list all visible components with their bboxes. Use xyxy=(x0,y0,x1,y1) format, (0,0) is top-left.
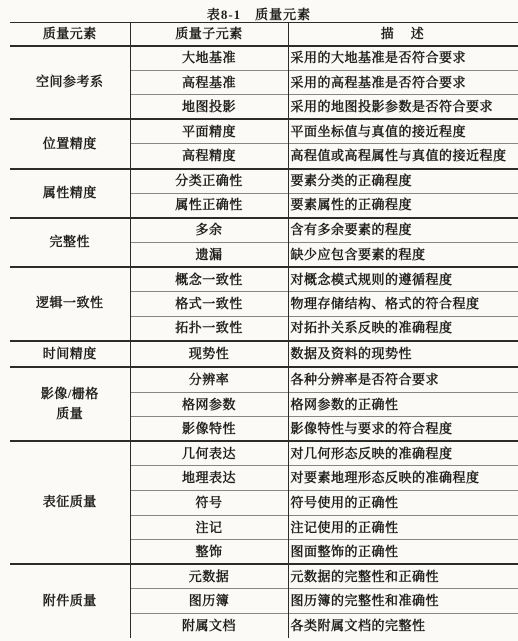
table-row: 属性精度分类正确性要素分类的正确程度 xyxy=(10,169,518,194)
description-cell: 要素分类的正确程度 xyxy=(288,169,518,194)
description-cell: 符号使用的正确性 xyxy=(288,490,518,515)
quality-element-cell: 逻辑一致性 xyxy=(10,267,130,341)
quality-element-cell: 空间参考系 xyxy=(10,46,130,120)
quality-element-cell: 附件质量 xyxy=(10,564,130,638)
sub-element-cell: 注记 xyxy=(130,515,288,540)
table-row: 表征质量几何表达对几何形态反映的准确程度 xyxy=(10,441,518,466)
table-row: 时间精度现势性数据及资料的现势性 xyxy=(10,341,518,368)
description-cell: 平面坐标值与真值的接近程度 xyxy=(288,119,518,144)
sub-element-cell: 整饰 xyxy=(130,540,288,565)
description-cell: 对拓扑关系反映的准确程度 xyxy=(288,316,518,341)
col-header-quality-element: 质量元素 xyxy=(10,23,130,46)
quality-elements-table: 质量元素 质量子元素 描 述 空间参考系大地基准采用的大地基准是否符合要求高程基… xyxy=(10,22,518,638)
table-header: 质量元素 质量子元素 描 述 xyxy=(10,23,518,46)
table-row: 附件质量元数据元数据的完整性和正确性 xyxy=(10,564,518,589)
sub-element-cell: 格式一致性 xyxy=(130,291,288,316)
sub-element-cell: 地图投影 xyxy=(130,95,288,120)
description-cell: 数据及资料的现势性 xyxy=(288,341,518,368)
description-cell: 采用的地图投影参数是否符合要求 xyxy=(288,95,518,120)
sub-element-cell: 平面精度 xyxy=(130,119,288,144)
table-row: 完整性多余含有多余要素的程度 xyxy=(10,218,518,243)
sub-element-cell: 属性正确性 xyxy=(130,193,288,218)
sub-element-cell: 附属文档 xyxy=(130,613,288,638)
sub-element-cell: 大地基准 xyxy=(130,46,288,71)
sub-element-cell: 符号 xyxy=(130,490,288,515)
description-cell: 物理存储结构、格式的符合程度 xyxy=(288,291,518,316)
sub-element-cell: 高程精度 xyxy=(130,144,288,169)
description-cell: 采用的高程基准是否符合要求 xyxy=(288,70,518,95)
description-cell: 采用的大地基准是否符合要求 xyxy=(288,46,518,71)
quality-element-cell: 位置精度 xyxy=(10,119,130,168)
sub-element-cell: 拓扑一致性 xyxy=(130,316,288,341)
description-cell: 元数据的完整性和正确性 xyxy=(288,564,518,589)
sub-element-cell: 高程基准 xyxy=(130,70,288,95)
table-row: 逻辑一致性概念一致性对概念模式规则的遵循程度 xyxy=(10,267,518,292)
description-cell: 图面整饰的正确性 xyxy=(288,540,518,565)
sub-element-cell: 格网参数 xyxy=(130,392,288,417)
header-row: 质量元素 质量子元素 描 述 xyxy=(10,23,518,46)
sub-element-cell: 几何表达 xyxy=(130,441,288,466)
table-row: 位置精度平面精度平面坐标值与真值的接近程度 xyxy=(10,119,518,144)
sub-element-cell: 元数据 xyxy=(130,564,288,589)
description-cell: 各类附属文档的完整性 xyxy=(288,613,518,638)
description-cell: 各种分辨率是否符合要求 xyxy=(288,367,518,392)
description-cell: 含有多余要素的程度 xyxy=(288,218,518,243)
description-cell: 对概念模式规则的遵循程度 xyxy=(288,267,518,292)
description-cell: 缺少应包含要素的程度 xyxy=(288,242,518,267)
col-header-quality-sub-element: 质量子元素 xyxy=(130,23,288,46)
document-page: 表8-1 质量元素 质量元素 质量子元素 描 述 空间参考系大地基准采用的大地基… xyxy=(0,0,518,641)
table-row: 空间参考系大地基准采用的大地基准是否符合要求 xyxy=(10,46,518,71)
table-row: 影像/栅格质量分辨率各种分辨率是否符合要求 xyxy=(10,367,518,392)
sub-element-cell: 现势性 xyxy=(130,341,288,368)
quality-element-cell: 属性精度 xyxy=(10,169,130,218)
sub-element-cell: 多余 xyxy=(130,218,288,243)
quality-element-cell: 完整性 xyxy=(10,218,130,267)
sub-element-cell: 分类正确性 xyxy=(130,169,288,194)
description-cell: 对要素地理形态反映的准确程度 xyxy=(288,466,518,491)
description-cell: 高程值或高程属性与真值的接近程度 xyxy=(288,144,518,169)
quality-element-cell: 时间精度 xyxy=(10,341,130,368)
col-header-description: 描 述 xyxy=(288,23,518,46)
description-cell: 注记使用的正确性 xyxy=(288,515,518,540)
table-caption: 表8-1 质量元素 xyxy=(0,0,518,22)
sub-element-cell: 分辨率 xyxy=(130,367,288,392)
description-cell: 格网参数的正确性 xyxy=(288,392,518,417)
sub-element-cell: 影像特性 xyxy=(130,417,288,442)
quality-element-cell: 影像/栅格质量 xyxy=(10,367,130,441)
quality-element-cell: 表征质量 xyxy=(10,441,130,564)
description-cell: 要素属性的正确程度 xyxy=(288,193,518,218)
sub-element-cell: 遗漏 xyxy=(130,242,288,267)
table-body: 空间参考系大地基准采用的大地基准是否符合要求高程基准采用的高程基准是否符合要求地… xyxy=(10,46,518,638)
description-cell: 影像特性与要求的符合程度 xyxy=(288,417,518,442)
sub-element-cell: 地理表达 xyxy=(130,466,288,491)
sub-element-cell: 概念一致性 xyxy=(130,267,288,292)
sub-element-cell: 图历簿 xyxy=(130,589,288,614)
description-cell: 对几何形态反映的准确程度 xyxy=(288,441,518,466)
description-cell: 图历簿的完整性和准确性 xyxy=(288,589,518,614)
